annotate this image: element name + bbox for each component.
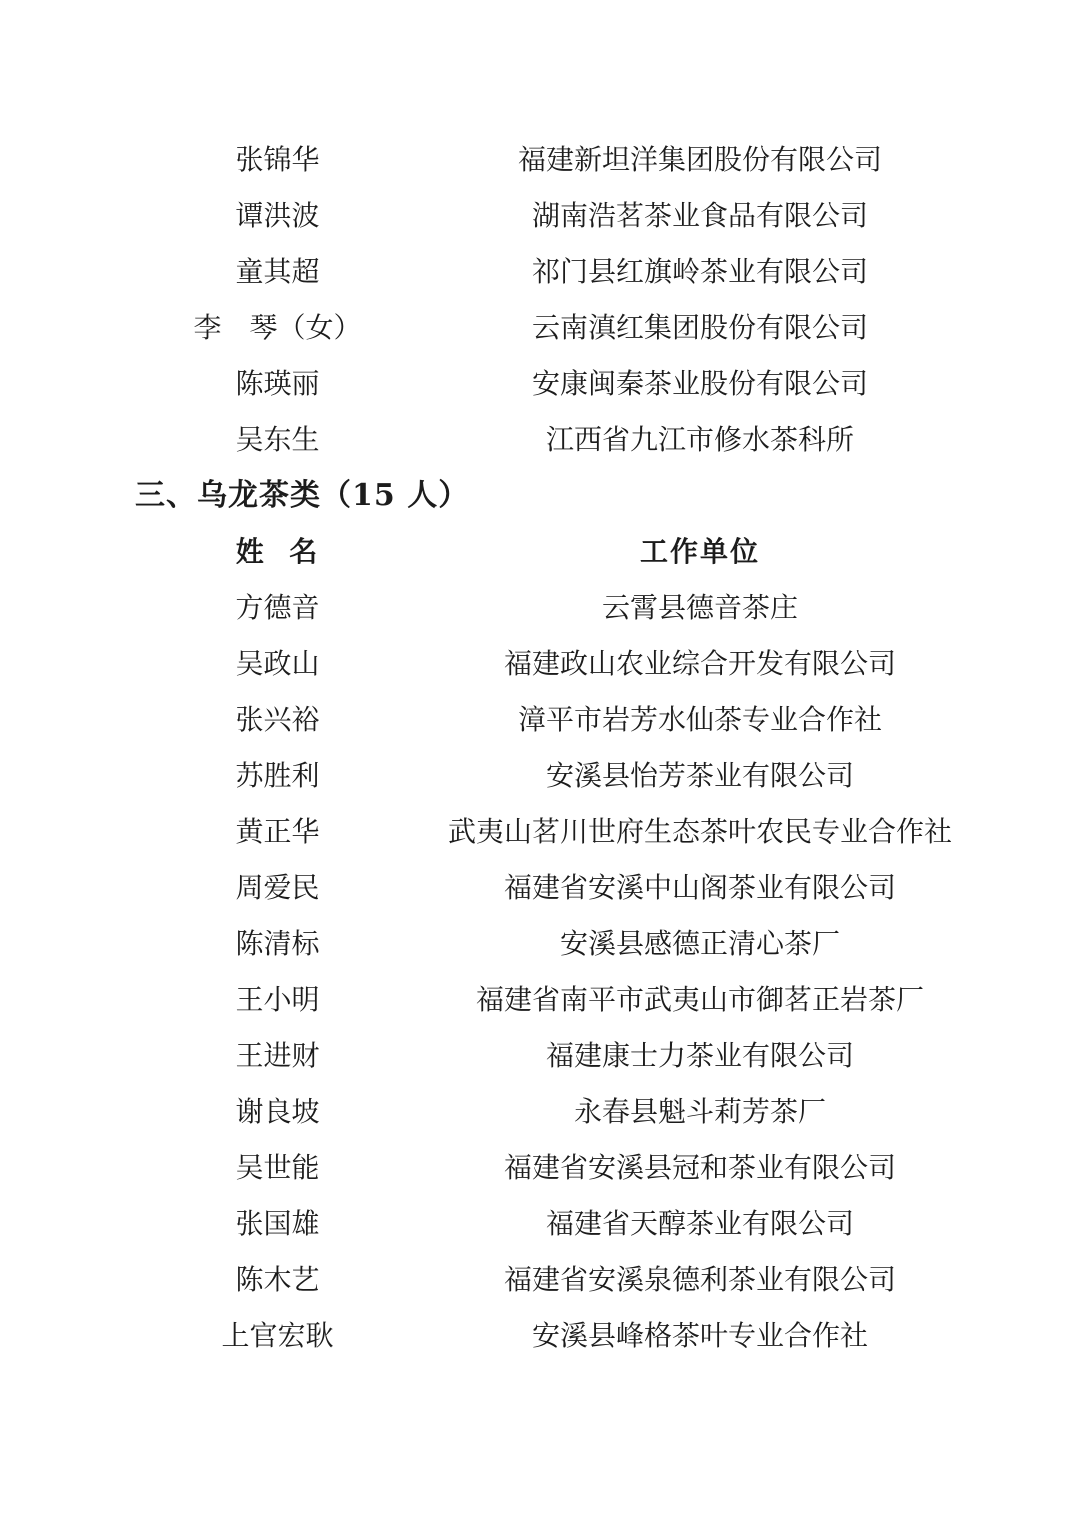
table-row: 谢良坡 永春县魁斗莉芳茶厂 <box>0 1084 1080 1140</box>
unit-cell: 福建康士力茶业有限公司 <box>320 1028 1080 1084</box>
unit-cell: 江西省九江市修水茶科所 <box>320 412 1080 468</box>
table-row: 黄正华 武夷山茗川世府生态茶叶农民专业合作社 <box>0 804 1080 860</box>
unit-cell: 安溪县峰格茶叶专业合作社 <box>320 1308 1080 1364</box>
unit-cell: 安溪县感德正清心茶厂 <box>320 916 1080 972</box>
table-row: 方德音 云霄县德音茶庄 <box>0 580 1080 636</box>
table-row: 童其超 祁门县红旗岭茶业有限公司 <box>0 244 1080 300</box>
table-row: 李 琴（女） 云南滇红集团股份有限公司 <box>0 300 1080 356</box>
unit-cell: 福建省安溪中山阁茶业有限公司 <box>320 860 1080 916</box>
table-row: 吴世能 福建省安溪县冠和茶业有限公司 <box>0 1140 1080 1196</box>
column-header-unit: 工作单位 <box>320 524 1080 580</box>
table-row: 张兴裕 漳平市岩芳水仙茶专业合作社 <box>0 692 1080 748</box>
unit-cell: 云南滇红集团股份有限公司 <box>320 300 1080 356</box>
section-heading: 三、乌龙茶类（15 人） <box>0 468 1080 524</box>
table-row: 王进财 福建康士力茶业有限公司 <box>0 1028 1080 1084</box>
table-row: 上官宏耿 安溪县峰格茶叶专业合作社 <box>0 1308 1080 1364</box>
unit-cell: 漳平市岩芳水仙茶专业合作社 <box>320 692 1080 748</box>
unit-cell: 安康闽秦茶业股份有限公司 <box>320 356 1080 412</box>
table-header-row: 姓 名 工作单位 <box>0 524 1080 580</box>
table-row: 苏胜利 安溪县怡芳茶业有限公司 <box>0 748 1080 804</box>
table-row: 王小明 福建省南平市武夷山市御茗正岩茶厂 <box>0 972 1080 1028</box>
unit-cell: 云霄县德音茶庄 <box>320 580 1080 636</box>
table-row: 张锦华 福建新坦洋集团股份有限公司 <box>0 132 1080 188</box>
unit-cell: 福建省安溪泉德利茶业有限公司 <box>320 1252 1080 1308</box>
table-row: 谭洪波 湖南浩茗茶业食品有限公司 <box>0 188 1080 244</box>
unit-cell: 祁门县红旗岭茶业有限公司 <box>320 244 1080 300</box>
table-row: 周爱民 福建省安溪中山阁茶业有限公司 <box>0 860 1080 916</box>
unit-cell: 福建省安溪县冠和茶业有限公司 <box>320 1140 1080 1196</box>
unit-cell: 福建新坦洋集团股份有限公司 <box>320 132 1080 188</box>
table-row: 陈木艺 福建省安溪泉德利茶业有限公司 <box>0 1252 1080 1308</box>
table-row: 陈清标 安溪县感德正清心茶厂 <box>0 916 1080 972</box>
unit-cell: 福建省南平市武夷山市御茗正岩茶厂 <box>320 972 1080 1028</box>
unit-cell: 湖南浩茗茶业食品有限公司 <box>320 188 1080 244</box>
document-page: 张锦华 福建新坦洋集团股份有限公司 谭洪波 湖南浩茗茶业食品有限公司 童其超 祁… <box>0 0 1080 1527</box>
unit-cell: 福建政山农业综合开发有限公司 <box>320 636 1080 692</box>
table-row: 张国雄 福建省天醇茶业有限公司 <box>0 1196 1080 1252</box>
table-row: 吴东生 江西省九江市修水茶科所 <box>0 412 1080 468</box>
unit-cell: 福建省天醇茶业有限公司 <box>320 1196 1080 1252</box>
unit-cell: 武夷山茗川世府生态茶叶农民专业合作社 <box>320 804 1080 860</box>
unit-cell: 安溪县怡芳茶业有限公司 <box>320 748 1080 804</box>
unit-cell: 永春县魁斗莉芳茶厂 <box>320 1084 1080 1140</box>
table-row: 吴政山 福建政山农业综合开发有限公司 <box>0 636 1080 692</box>
table-row: 陈瑛丽 安康闽秦茶业股份有限公司 <box>0 356 1080 412</box>
